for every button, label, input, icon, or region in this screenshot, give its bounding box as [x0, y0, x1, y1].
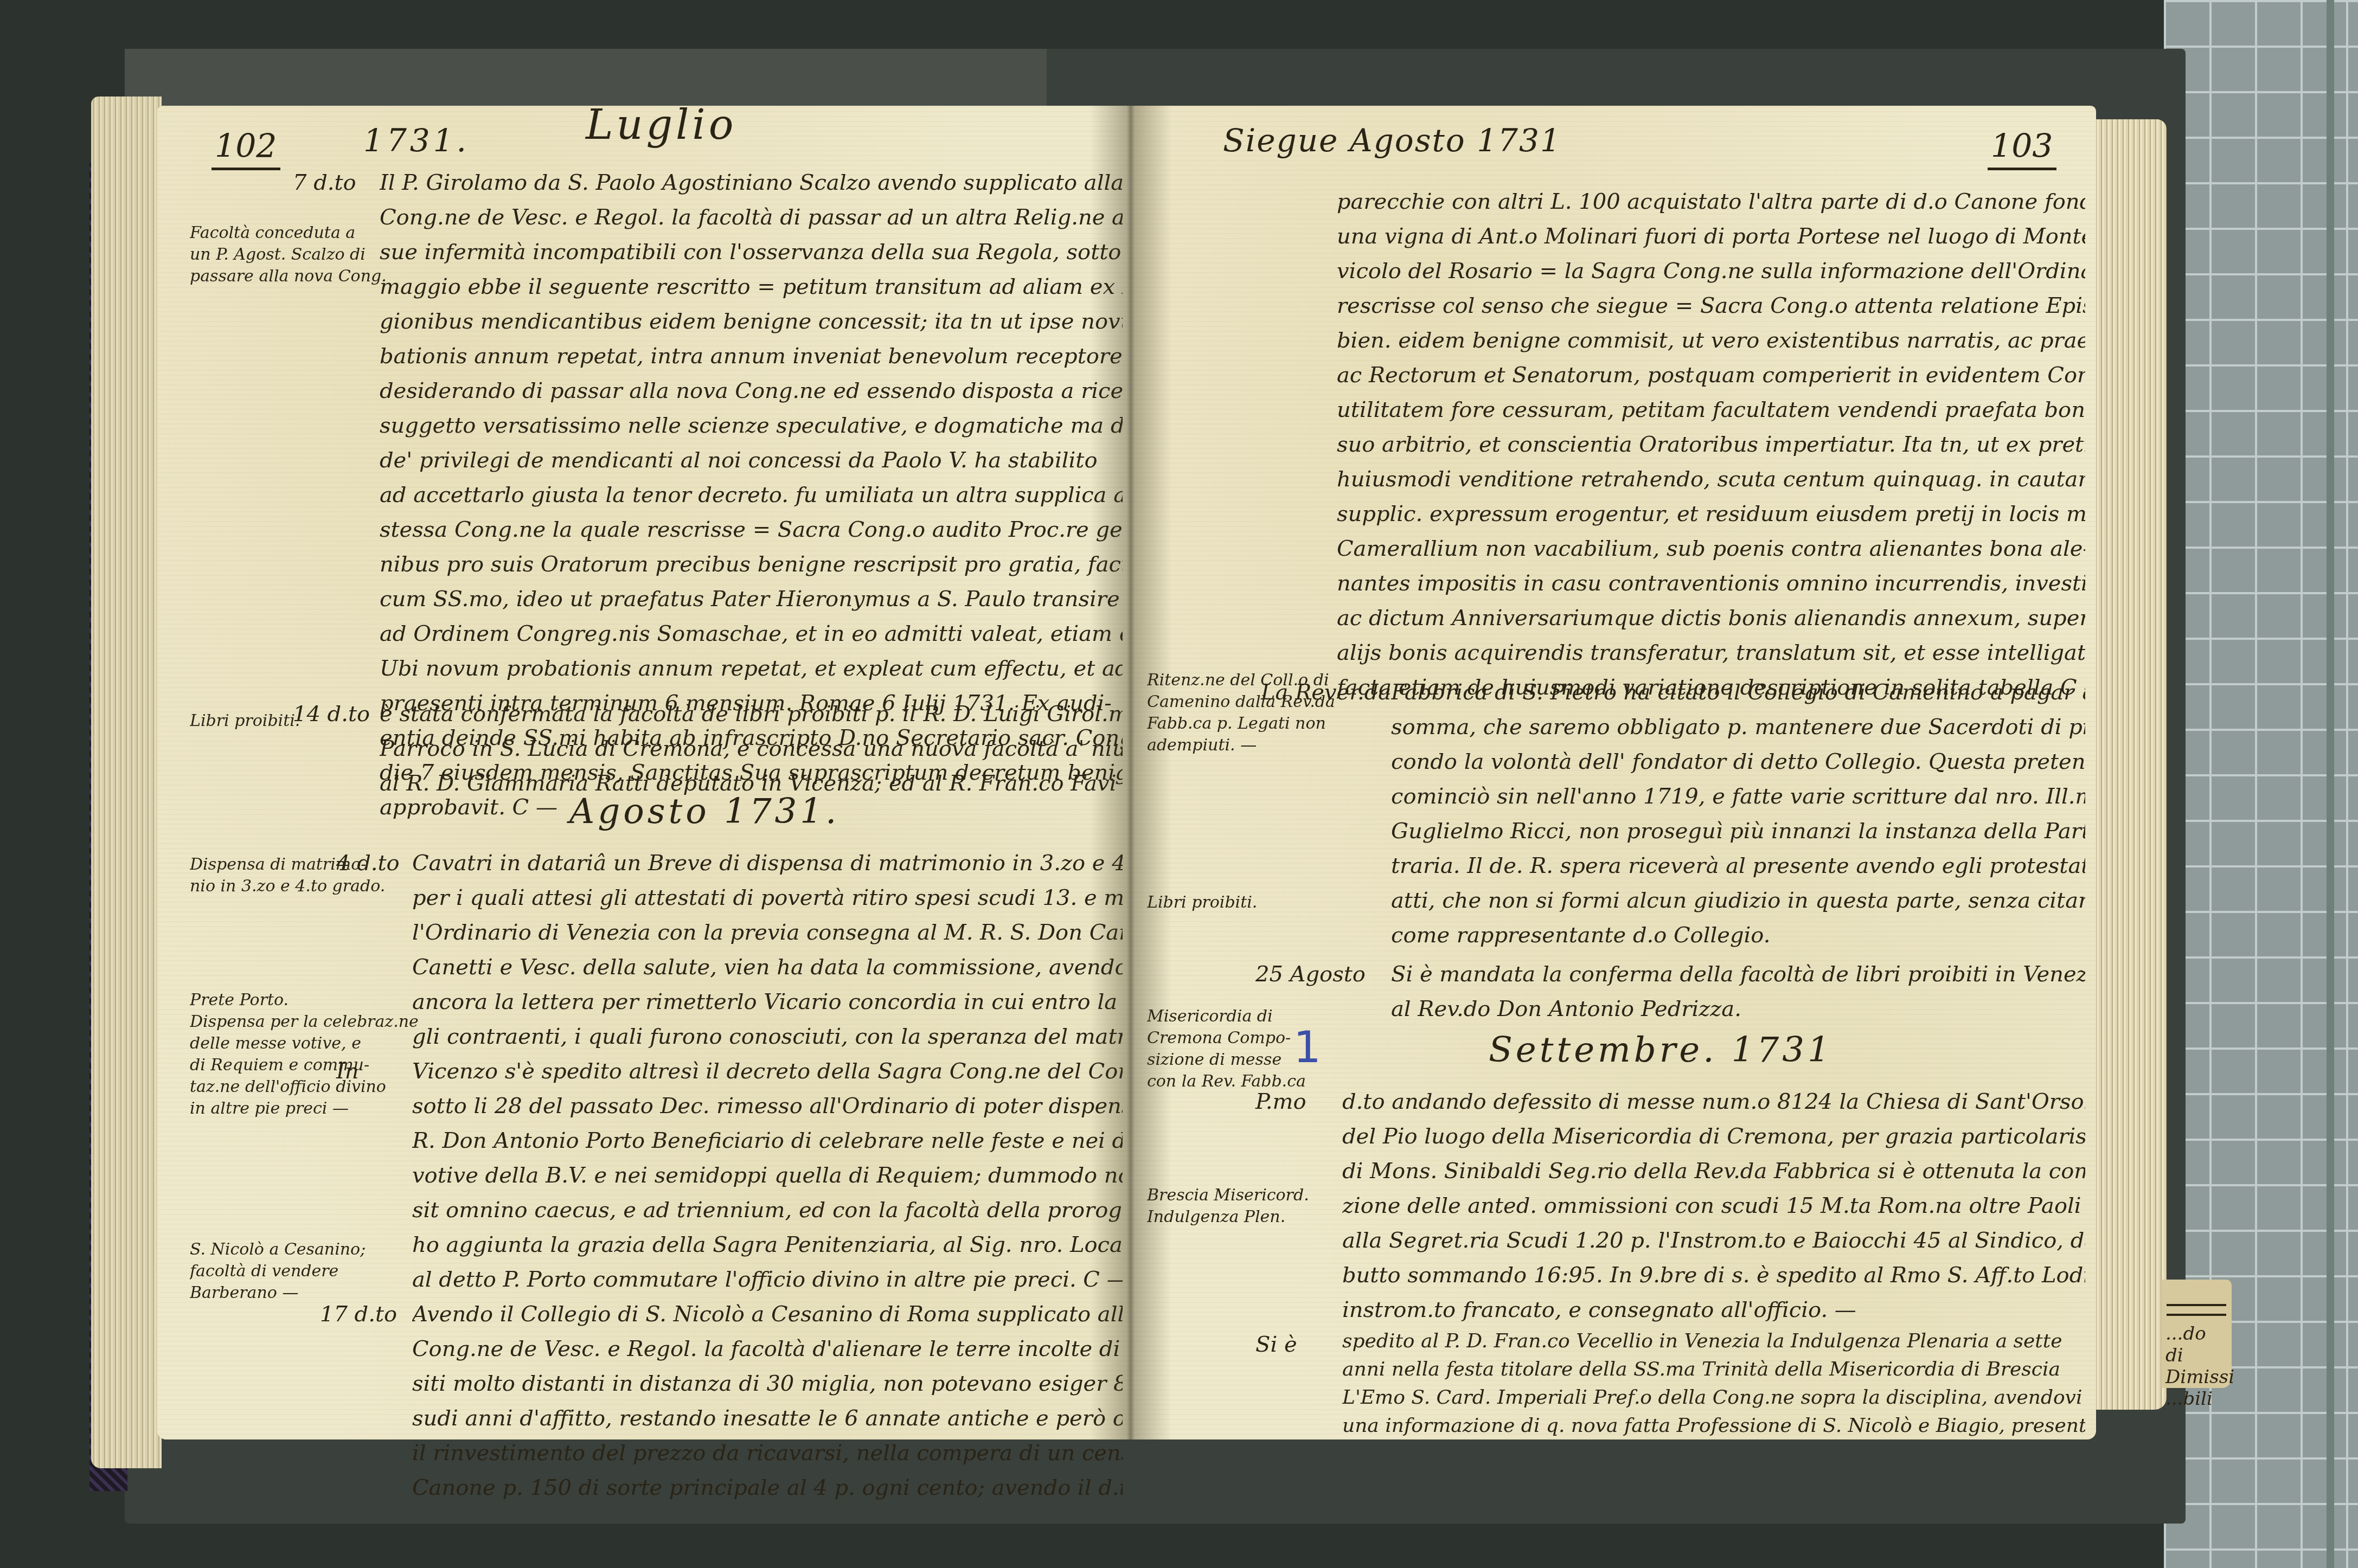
margin-note-line: Fabb.ca p. Legati non [1147, 713, 1335, 735]
text-line: Cong.ne de Vesc. e Regol. la facoltà d'a… [412, 1332, 1123, 1366]
text-line: R. Don Antonio Porto Beneficiario di cel… [412, 1123, 1123, 1158]
margin-note-line: Libri proibiti. [190, 710, 300, 732]
text-line: al Rev.do Don Antonio Pedrizza. [1391, 992, 2085, 1026]
text-line: somma, che saremo obbligato p. mantenere… [1391, 710, 2085, 744]
margin-note-line: Prete Porto. [190, 989, 419, 1011]
margin-note-line: di Requiem e commu- [190, 1055, 419, 1076]
text-line: atti, che non si formi alcun giudizio in… [1391, 883, 2085, 918]
text-line: stessa Cong.ne la quale rescrisse = Sacr… [380, 512, 1123, 547]
text-line: anni nella festa titolare della SS.ma Tr… [1342, 1355, 2085, 1384]
text-line: spedito al P. D. Fran.co Vecellio in Ven… [1342, 1327, 2085, 1355]
text-line: una informazione di q. nova fatta Profes… [1342, 1412, 2085, 1440]
page-number: 102 [212, 127, 280, 170]
entry-date: 14 d.to [293, 697, 370, 731]
tab-line: ...do di [2165, 1323, 2227, 1366]
text-line: l'Ordinario di Venezia con la previa con… [412, 915, 1123, 950]
entry-text: d.to andando defessito di messe num.o 81… [1342, 1084, 2085, 1327]
entry-date: In [336, 1054, 359, 1089]
text-line: sit omnino caecus, e ad triennium, ed co… [412, 1193, 1123, 1228]
section-heading: Agosto 1731. [569, 792, 840, 832]
text-line: desiderando di passar alla nova Cong.ne … [380, 374, 1123, 408]
text-line: Fabbrica di S. Pietro ha citato il Colle… [1391, 675, 2085, 710]
text-line: maggio ebbe il seguente rescritto = peti… [380, 269, 1123, 304]
right-page: Siegue Agosto 1731 103 Ritenz.ne del Col… [1131, 106, 2096, 1440]
margin-note-line: S. Nicolò a Cesanino; [190, 1239, 366, 1261]
entry-date: P.mo [1255, 1084, 1306, 1119]
text-line: Avendo il Collegio di S. Nicolò a Cesani… [412, 1297, 1123, 1332]
entry-text: Si è mandata la conferma della facoltà d… [1391, 957, 2085, 1026]
text-line: supplic. expressum erogentur, et residuu… [1337, 497, 2085, 531]
text-line: una vigna di Ant.o Molinari fuori di por… [1337, 219, 2085, 254]
text-line: alla Segret.ria Scudi 1.20 p. l'Instrom.… [1342, 1223, 2085, 1258]
margin-note: Facoltà conceduta a un P. Agost. Scalzo … [190, 222, 387, 287]
text-line: suo arbitrio, et conscientia Oratoribus … [1337, 427, 2085, 462]
entry-date: 7 d.to [293, 165, 356, 200]
text-line: condo la volontà dell' fondator di detto… [1391, 744, 2085, 779]
text-line: Si è mandata la conferma della facoltà d… [1391, 957, 2085, 992]
text-line: sudi anni d'affitto, restando inesatte l… [412, 1401, 1123, 1436]
text-line: ho aggiunta la grazia della Sagra Penite… [412, 1228, 1123, 1262]
entry-date: 25 Agosto [1255, 957, 1366, 992]
text-line: bationis annum repetat, intra annum inve… [380, 339, 1123, 374]
text-line: siti molto distanti in distanza di 30 mi… [412, 1366, 1123, 1401]
text-line: sue infermità incompatibili con l'osserv… [380, 235, 1123, 269]
entry-date: Si è [1255, 1327, 1297, 1362]
text-line: è stata confermata la facoltà de libri p… [380, 697, 1123, 731]
margin-note-line: un P. Agost. Scalzo di [190, 244, 387, 266]
text-line: il rinvestimento del prezzo da ricavarsi… [412, 1436, 1123, 1470]
text-line: utilitatem fore cessuram, petitam facult… [1337, 393, 2085, 427]
text-line: ac dictum Anniversariumque dictis bonis … [1337, 601, 2085, 635]
entry-text: Cavatri in datariâ un Breve di dispensa … [412, 846, 1123, 1054]
entry-text: Fabbrica di S. Pietro ha citato il Colle… [1391, 675, 2085, 953]
text-line: L'Emo S. Card. Imperiali Pref.o della Co… [1342, 1384, 2085, 1412]
text-line: Il P. Girolamo da S. Paolo Agostiniano S… [380, 165, 1123, 200]
tab-line: Dimissi [2165, 1366, 2227, 1388]
text-line: vicolo del Rosario = la Sagra Cong.ne su… [1337, 254, 2085, 288]
text-line: Guglielmo Ricci, non proseguì più innanz… [1391, 814, 2085, 849]
cover-top-board [125, 49, 1047, 108]
text-line: come rappresentante d.o Collegio. [1391, 918, 2085, 953]
text-line: di Mons. Sinibaldi Seg.rio della Rev.da … [1342, 1154, 2085, 1188]
margin-note-line: Facoltà conceduta a [190, 222, 387, 244]
header-year: 1731. [363, 122, 470, 159]
left-page: 102 1731. Luglio Facoltà conceduta a un … [157, 106, 1131, 1440]
margin-note: Libri proibiti. [190, 710, 300, 732]
margin-note-line: facoltà di vendere [190, 1261, 366, 1282]
entry-date: 4 d.to [336, 846, 400, 881]
entry-text: parecchie con altri L. 100 acquistato l'… [1337, 184, 2085, 705]
margin-note-line: taz.ne dell'officio divino [190, 1076, 419, 1098]
text-line: ac Rectorum et Senatorum, postquam compe… [1337, 358, 2085, 393]
text-line: suggetto versatissimo nelle scienze spec… [380, 408, 1123, 443]
margin-note: Prete Porto. Dispensa per la celebraz.ne… [190, 989, 419, 1120]
text-line: Parroco in S. Lucia di Cremona, e conces… [380, 731, 1123, 766]
text-line: traria. Il de. R. spera riceverà al pres… [1391, 849, 2085, 883]
margin-note-line: Dispensa per la celebraz.ne [190, 1011, 419, 1033]
text-line: sotto li 28 del passato Dec. rimesso all… [412, 1089, 1123, 1123]
text-line: Canetti e Vesc. della salute, vien ha da… [412, 950, 1123, 985]
text-line: del Pio luogo della Misericordia di Crem… [1342, 1119, 2085, 1154]
entry-text: Vicenzo s'è spedito altresì il decreto d… [412, 1054, 1123, 1297]
tab-text: ...do di Dimissi ...bili [2165, 1323, 2227, 1410]
text-line: butto sommando 16:95. In 9.bre di s. è s… [1342, 1258, 2085, 1293]
text-line: nibus pro suis Oratorum precibus benigne… [380, 547, 1123, 582]
text-line: Canone p. 150 di sorte principale al 4 p… [412, 1470, 1123, 1505]
tab-line: ...bili [2165, 1388, 2227, 1410]
entry-text: Avendo il Collegio di S. Nicolò a Cesani… [412, 1297, 1123, 1505]
margin-note-line: passare alla nova Cong. [190, 266, 387, 287]
text-line: Ubi novum probationis annum repetat, et … [380, 651, 1123, 686]
text-line: ad Ordinem Congreg.nis Somaschae, et in … [380, 616, 1123, 651]
book-gutter [1090, 106, 1171, 1440]
entry-date: La Rever.da [1261, 675, 1391, 710]
text-line: Cong.ne de Vesc. e Regol. la facoltà di … [380, 200, 1123, 235]
edge-tab: ...do di Dimissi ...bili [2161, 1280, 2232, 1388]
text-line: alijs bonis acquirendis transferatur, tr… [1337, 635, 2085, 670]
text-line: rescrisse col senso che siegue = Sacra C… [1337, 288, 2085, 323]
text-line: gli contraenti, i quali furono conosciut… [412, 1019, 1123, 1054]
text-line: per i quali attesi gli attestati di pove… [412, 881, 1123, 915]
text-line: cominciò sin nell'anno 1719, e fatte var… [1391, 779, 2085, 814]
right-page-stack [2088, 119, 2167, 1410]
page-number: 103 [1988, 127, 2056, 170]
text-line: al detto P. Porto commutare l'officio di… [412, 1262, 1123, 1297]
text-line: ad accettarlo giusta la tenor decreto. f… [380, 478, 1123, 512]
text-line: Camerallium non vacabilium, sub poenis c… [1337, 531, 2085, 566]
text-line: ancora la lettera per rimetterlo Vicario… [412, 985, 1123, 1019]
text-line: de' privilegi de mendicanti al noi conce… [380, 443, 1123, 478]
header-month: Luglio [586, 100, 736, 149]
left-page-stack [91, 97, 162, 1468]
margin-note-line: delle messe votive, e [190, 1033, 419, 1055]
tab-rule [2167, 1304, 2226, 1316]
margin-note-line: in altre pie preci — [190, 1098, 419, 1120]
text-line: nantes impositis in casu contraventionis… [1337, 566, 2085, 601]
section-heading: Settembre. 1731 [1489, 1030, 1833, 1070]
text-line: instrom.to francato, e consegnato all'of… [1342, 1293, 2085, 1327]
entry-date: 17 d.to [320, 1297, 397, 1332]
text-line: cum SS.mo, ideo ut praefatus Pater Hiero… [380, 582, 1123, 616]
text-line: d.to andando defessito di messe num.o 81… [1342, 1084, 2085, 1119]
entry-text: è stata confermata la facoltà de libri p… [380, 697, 1123, 801]
text-line: huiusmodi venditione retrahendo, scuta c… [1337, 462, 2085, 497]
text-line: parecchie con altri L. 100 acquistato l'… [1337, 184, 2085, 219]
entry-text: spedito al P. D. Fran.co Vecellio in Ven… [1342, 1327, 2085, 1440]
text-line: bien. eidem benigne commisit, ut vero ex… [1337, 323, 2085, 358]
text-line: gionibus mendicantibus eidem benigne con… [380, 304, 1123, 339]
page-header: Siegue Agosto 1731 [1223, 122, 1561, 159]
text-line: Vicenzo s'è spedito altresì il decreto d… [412, 1054, 1123, 1089]
text-line: zione delle anted. ommissioni con scudi … [1342, 1188, 2085, 1223]
margin-note: S. Nicolò a Cesanino; facoltà di vendere… [190, 1239, 366, 1304]
text-line: Cavatri in datariâ un Breve di dispensa … [412, 846, 1123, 881]
text-line: votive della B.V. e nei semidoppi quella… [412, 1158, 1123, 1193]
mat-strip [2327, 0, 2334, 1568]
margin-note-line: adempiuti. — [1147, 735, 1335, 756]
pencil-mark: 1 [1293, 1022, 1321, 1072]
